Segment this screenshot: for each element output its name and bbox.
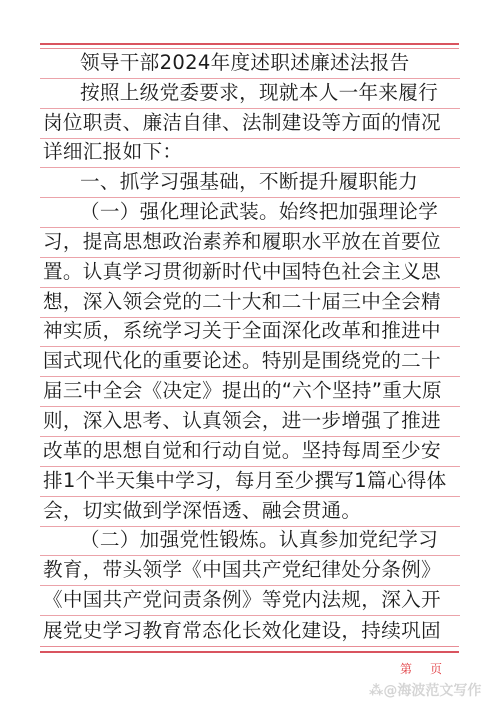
page-label-di: 第 [400,662,412,676]
text-line: 展党史学习教育常态化长效化建设，持续巩固 [40,616,460,646]
page-number-footer: 第页 [400,660,442,677]
text-line: 则，深入思考、认真领会，进一步增强了推进 [40,407,460,437]
line-text: 详细汇报如下： [43,139,182,165]
line-text: 展党史学习教育常态化长效化建设，持续巩固 [43,618,441,644]
page-label-ye: 页 [430,662,442,676]
line-text: 则，深入思考、认真领会，进一步增强了推进 [43,408,441,434]
line-text: 会，切实做到学深悟透、融会贯通。 [43,498,361,524]
text-line: 神实质，系统学习关于全面深化改革和推进中 [40,318,460,348]
top-thick-rule [40,43,459,45]
text-line: （二）加强党性锻炼。认真参加党纪学习 [40,527,460,557]
bottom-thin-rule [40,646,459,647]
document-page: 领导干部2024年度述职述廉述法报告 按照上级党委要求，现就本人一年来履行 岗位… [0,0,500,707]
line-text: 教育，带头领学《中国共产党纪律处分条例》 [43,557,441,583]
line-text: 想，深入领会党的二十大和二十届三中全会精 [43,289,441,315]
text-line: 按照上级党委要求，现就本人一年来履行 [40,79,460,109]
text-line: 教育，带头领学《中国共产党纪律处分条例》 [40,556,460,586]
text-line: （一）强化理论武装。始终把加强理论学 [40,198,460,228]
text-line: 岗位职责、廉洁自律、法制建设等方面的情况 [40,109,460,139]
line-text: 国式现代化的重要论述。特别是围绕党的二十 [43,348,441,374]
line-text: 置。认真学习贯彻新时代中国特色社会主义思 [43,259,441,285]
title-text: 领导干部2024年度述职述廉述法报告 [80,50,410,76]
line-text: 习，提高思想政治素养和履职水平放在首要位 [43,229,441,255]
text-line: 会，切实做到学深悟透、融会贯通。 [40,497,460,527]
ruled-text-area: 领导干部2024年度述职述廉述法报告 按照上级党委要求，现就本人一年来履行 岗位… [40,49,460,646]
line-text: 排1个半天集中学习，每月至少撰写1篇心得体 [43,468,447,494]
text-line: 置。认真学习贯彻新时代中国特色社会主义思 [40,258,460,288]
text-line: 详细汇报如下： [40,139,460,169]
bottom-thick-rule [40,651,459,653]
line-text: 届三中全会《决定》提出的“六个坚持”重大原 [43,378,442,404]
heading-text: 一、抓学习强基础，不断提升履职能力 [80,169,418,195]
text-line: 改革的思想自觉和行动自觉。坚持每周至少安 [40,437,460,467]
line-text: （二）加强党性锻炼。认真参加党纪学习 [80,527,438,553]
line-text: （一）强化理论武装。始终把加强理论学 [80,199,438,225]
line-text: 岗位职责、廉洁自律、法制建设等方面的情况 [43,110,441,136]
line-text: 改革的思想自觉和行动自觉。坚持每周至少安 [43,438,441,464]
line-text: 按照上级党委要求，现就本人一年来履行 [80,80,438,106]
text-line: 想，深入领会党的二十大和二十届三中全会精 [40,288,460,318]
section-heading: 一、抓学习强基础，不断提升履职能力 [40,168,460,198]
text-line: 届三中全会《决定》提出的“六个坚持”重大原 [40,377,460,407]
watermark: ⁂@海波范文写作 [369,680,481,700]
document-title: 领导干部2024年度述职述廉述法报告 [40,49,460,79]
text-line: 国式现代化的重要论述。特别是围绕党的二十 [40,347,460,377]
text-line: 排1个半天集中学习，每月至少撰写1篇心得体 [40,467,460,497]
text-line: 《中国共产党问责条例》等党内法规，深入开 [40,586,460,616]
line-text: 神实质，系统学习关于全面深化改革和推进中 [43,318,441,344]
line-text: 《中国共产党问责条例》等党内法规，深入开 [43,587,441,613]
text-line: 习，提高思想政治素养和履职水平放在首要位 [40,228,460,258]
